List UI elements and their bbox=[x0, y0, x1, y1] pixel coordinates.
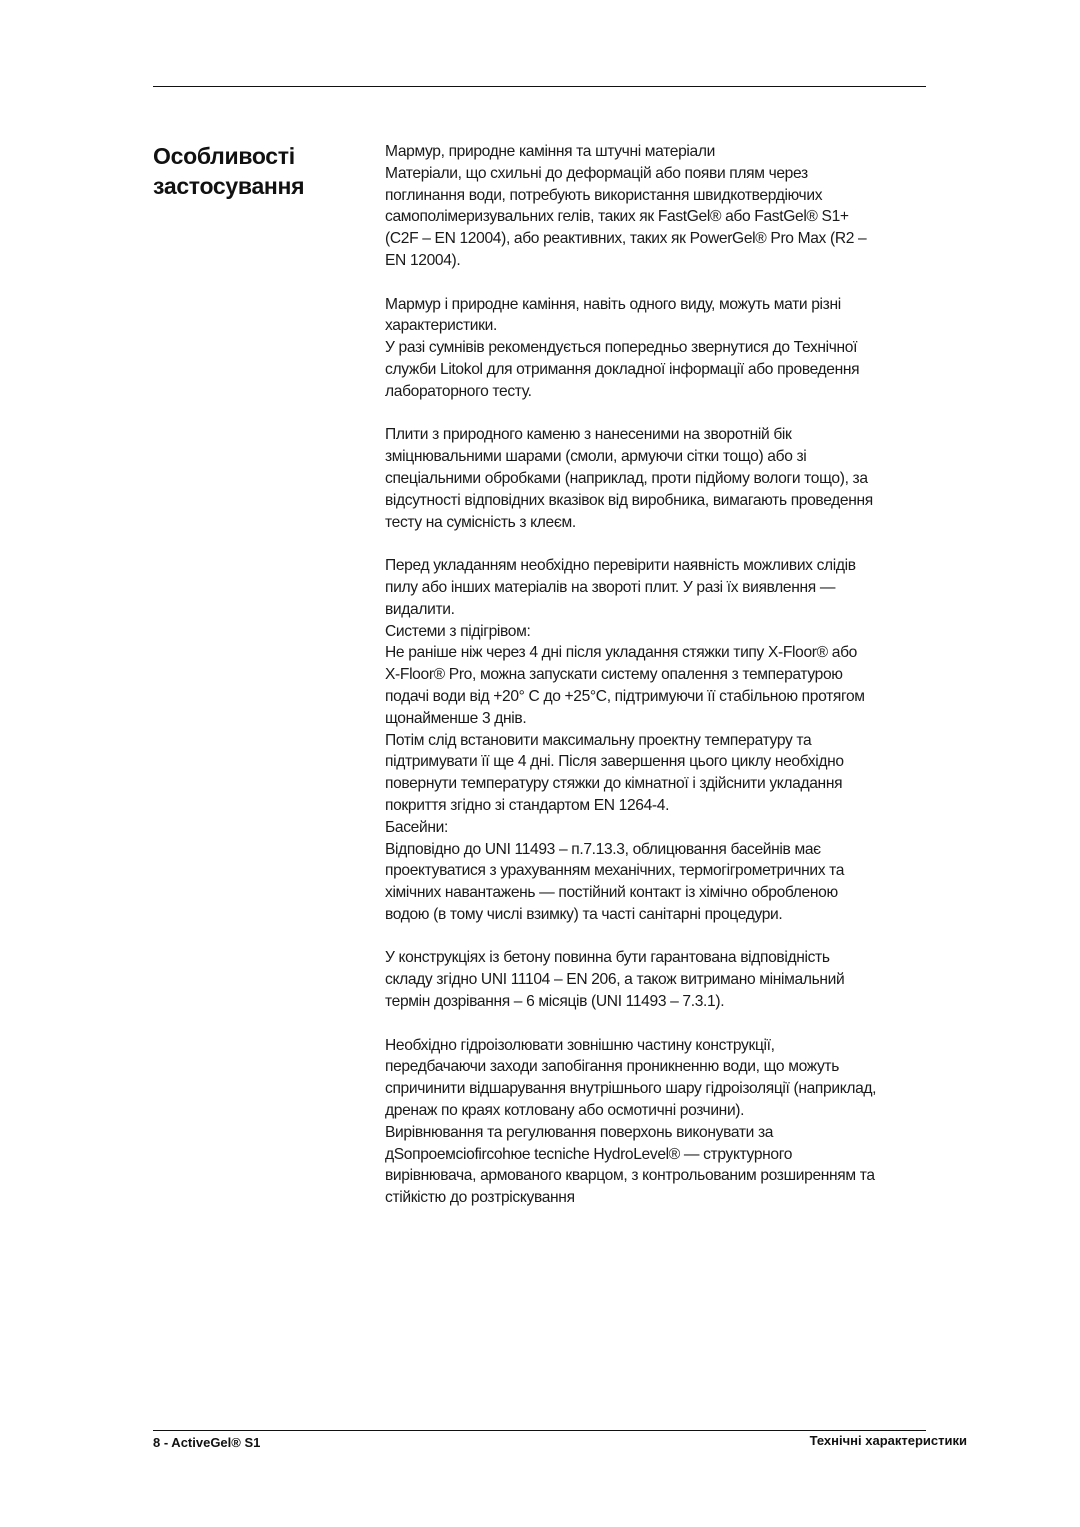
section-title-line: застосування bbox=[153, 171, 353, 201]
text-line: Необхідно гідроізолювати зовнішню частин… bbox=[385, 1035, 930, 1057]
section-title: Особливості застосування bbox=[153, 141, 353, 201]
text-line: проектуватися з урахуванням механічних, … bbox=[385, 860, 930, 882]
text-line: повернути температуру стяжки до кімнатно… bbox=[385, 773, 930, 795]
text-line: служби Litokol для отримання докладної і… bbox=[385, 359, 930, 381]
body-text: Мармур, природне каміння та штучні матер… bbox=[385, 141, 930, 1231]
paragraph: Перед укладанням необхідно перевірити на… bbox=[385, 555, 930, 926]
text-line: лабораторного тесту. bbox=[385, 381, 930, 403]
text-line: EN 12004). bbox=[385, 250, 930, 272]
paragraph: Мармур, природне каміння та штучні матер… bbox=[385, 141, 930, 272]
paragraph: Необхідно гідроізолювати зовнішню частин… bbox=[385, 1035, 930, 1209]
text-line: Басейни: bbox=[385, 817, 930, 839]
text-line: пилу або інших матеріалів на звороті пли… bbox=[385, 577, 930, 599]
text-line: водою (в тому числі взимку) та часті сан… bbox=[385, 904, 930, 926]
text-line: покриття згідно зі стандартом EN 1264-4. bbox=[385, 795, 930, 817]
text-line: Мармур, природне каміння та штучні матер… bbox=[385, 141, 930, 163]
paragraph: У конструкціях із бетону повинна бути га… bbox=[385, 947, 930, 1012]
header-rule bbox=[153, 86, 926, 87]
paragraph: Мармур і природне каміння, навіть одного… bbox=[385, 294, 930, 403]
text-line: Перед укладанням необхідно перевірити на… bbox=[385, 555, 930, 577]
text-line: спричинити відшарування внутрішнього шар… bbox=[385, 1078, 930, 1100]
text-line: спеціальними обробками (наприклад, проти… bbox=[385, 468, 930, 490]
text-line: вирівнювача, армованого кварцом, з контр… bbox=[385, 1165, 930, 1187]
text-line: У конструкціях із бетону повинна бути га… bbox=[385, 947, 930, 969]
text-line: Матеріали, що схильні до деформацій або … bbox=[385, 163, 930, 185]
text-line: відсутності відповідних вказівок від вир… bbox=[385, 490, 930, 512]
section-title-line: Особливості bbox=[153, 141, 353, 171]
text-line: У разі сумнівів рекомендується попереднь… bbox=[385, 337, 930, 359]
text-line: Вирівнювання та регулювання поверхонь ви… bbox=[385, 1122, 930, 1144]
text-line: Плити з природного каменю з нанесеними н… bbox=[385, 424, 930, 446]
footer-page-label: 8 - ActiveGel® S1 bbox=[153, 1435, 260, 1450]
text-line: стійкістю до розтріскування bbox=[385, 1187, 930, 1209]
text-line: Не раніше ніж через 4 дні після укладанн… bbox=[385, 642, 930, 664]
text-line: дSопроемсіofircohюe tecniche HydroLevel®… bbox=[385, 1144, 930, 1166]
text-line: термін дозрівання – 6 місяців (UNI 11493… bbox=[385, 991, 930, 1013]
text-line: дренаж по краях котловану або осмотичні … bbox=[385, 1100, 930, 1122]
text-line: (C2F – EN 12004), або реактивних, таких … bbox=[385, 228, 930, 250]
text-line: X-Floor® Pro, можна запускати систему оп… bbox=[385, 664, 930, 686]
text-line: щонайменше 3 днів. bbox=[385, 708, 930, 730]
text-line: подачі води від +20° C до +25°C, підтрим… bbox=[385, 686, 930, 708]
text-line: самополімеризувальних гелів, таких як Fa… bbox=[385, 206, 930, 228]
text-line: тесту на сумісність з клеєм. bbox=[385, 512, 930, 534]
footer-section-label: Технічні характеристики bbox=[810, 1433, 967, 1448]
text-line: зміцнювальними шарами (смоли, армуючи сі… bbox=[385, 446, 930, 468]
text-line: Потім слід встановити максимальну проект… bbox=[385, 730, 930, 752]
paragraph: Плити з природного каменю з нанесеними н… bbox=[385, 424, 930, 533]
text-line: характеристики. bbox=[385, 315, 930, 337]
text-line: видалити. bbox=[385, 599, 930, 621]
text-line: передбачаючи заходи запобігання проникне… bbox=[385, 1056, 930, 1078]
text-line: Відповідно до UNI 11493 – п.7.13.3, обли… bbox=[385, 839, 930, 861]
text-line: хімічних навантажень — постійний контакт… bbox=[385, 882, 930, 904]
text-line: підтримувати її ще 4 дні. Після завершен… bbox=[385, 751, 930, 773]
footer-rule bbox=[153, 1430, 926, 1431]
text-line: поглинання води, потребують використання… bbox=[385, 185, 930, 207]
text-line: Системи з підігрівом: bbox=[385, 621, 930, 643]
text-line: Мармур і природне каміння, навіть одного… bbox=[385, 294, 930, 316]
text-line: складу згідно UNI 11104 – EN 206, а тако… bbox=[385, 969, 930, 991]
